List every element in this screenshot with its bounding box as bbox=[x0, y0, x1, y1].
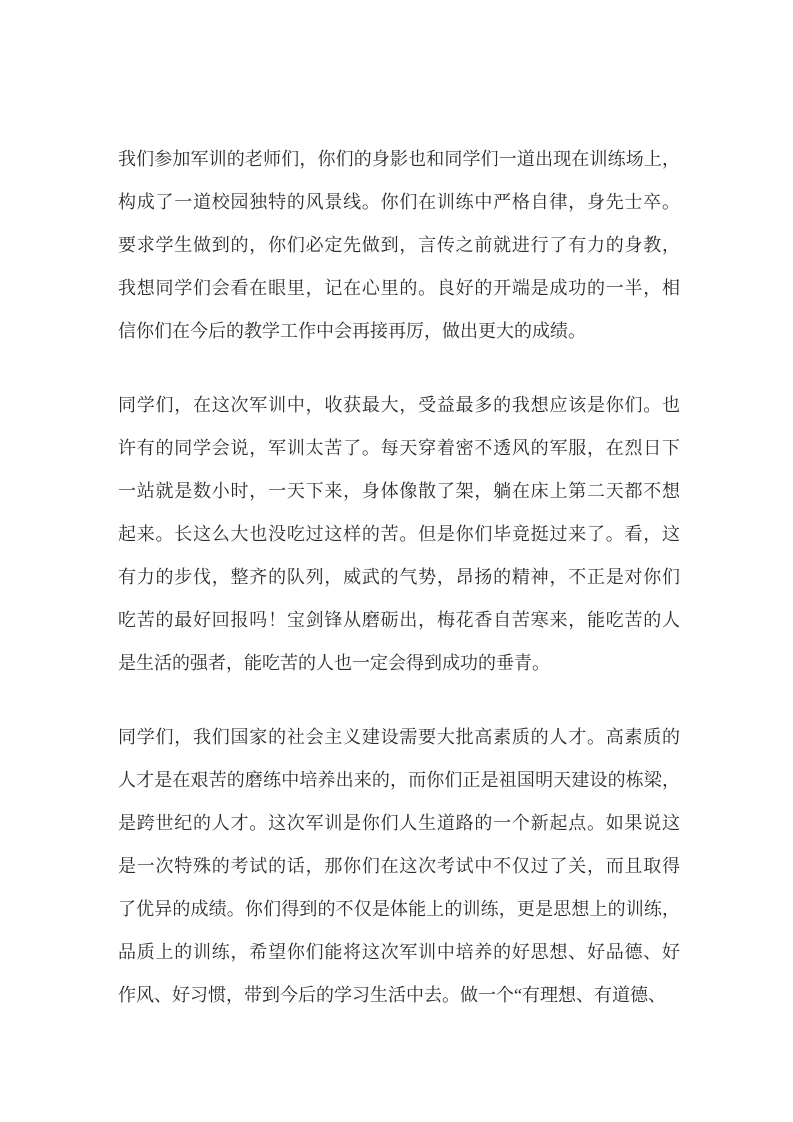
text-line: 品质上的训练，希望你们能将这次军训中培养的好思想、好品德、好 bbox=[118, 931, 680, 974]
paragraph: 我们参加军训的老师们，你们的身影也和同学们一道出现在训练场上，构成了一道校园独特… bbox=[118, 138, 680, 353]
text-line: 吃苦的最好回报吗！宝剑锋从磨砺出，梅花香自苦寒来，能吃苦的人 bbox=[118, 599, 680, 642]
text-line: 是生活的强者，能吃苦的人也一定会得到成功的垂青。 bbox=[118, 642, 680, 685]
text-line: 同学们，在这次军训中，收获最大，受益最多的我想应该是你们。也 bbox=[118, 384, 680, 427]
text-line: 人才是在艰苦的磨练中培养出来的，而你们正是祖国明天建设的栋梁， bbox=[118, 759, 680, 802]
text-line: 同学们，我们国家的社会主义建设需要大批高素质的人才。高素质的 bbox=[118, 716, 680, 759]
text-line: 我想同学们会看在眼里，记在心里的。良好的开端是成功的一半，相 bbox=[118, 267, 680, 310]
text-line: 要求学生做到的，你们必定先做到，言传之前就进行了有力的身教， bbox=[118, 224, 680, 267]
text-line: 许有的同学会说，军训太苦了。每天穿着密不透风的军服，在烈日下 bbox=[118, 427, 680, 470]
paragraph: 同学们，我们国家的社会主义建设需要大批高素质的人才。高素质的人才是在艰苦的磨练中… bbox=[118, 716, 680, 1017]
text-line: 作风、好习惯，带到今后的学习生活中去。做一个“有理想、有道德、 bbox=[118, 974, 680, 1017]
document-page: 我们参加军训的老师们，你们的身影也和同学们一道出现在训练场上，构成了一道校园独特… bbox=[0, 0, 793, 1122]
text-line: 我们参加军训的老师们，你们的身影也和同学们一道出现在训练场上， bbox=[118, 138, 680, 181]
text-line: 是跨世纪的人才。这次军训是你们人生道路的一个新起点。如果说这 bbox=[118, 802, 680, 845]
text-line: 了优异的成绩。你们得到的不仅是体能上的训练，更是思想上的训练， bbox=[118, 888, 680, 931]
text-line: 一站就是数小时，一天下来，身体像散了架，躺在床上第二天都不想 bbox=[118, 470, 680, 513]
paragraph: 同学们，在这次军训中，收获最大，受益最多的我想应该是你们。也许有的同学会说，军训… bbox=[118, 384, 680, 685]
text-line: 构成了一道校园独特的风景线。你们在训练中严格自律，身先士卒。 bbox=[118, 181, 680, 224]
text-line: 有力的步伐，整齐的队列，威武的气势，昂扬的精神，不正是对你们 bbox=[118, 556, 680, 599]
document-text-block: 我们参加军训的老师们，你们的身影也和同学们一道出现在训练场上，构成了一道校园独特… bbox=[118, 138, 680, 1017]
text-line: 信你们在今后的教学工作中会再接再厉，做出更大的成绩。 bbox=[118, 310, 680, 353]
text-line: 起来。长这么大也没吃过这样的苦。但是你们毕竟挺过来了。看，这 bbox=[118, 513, 680, 556]
text-line: 是一次特殊的考试的话，那你们在这次考试中不仅过了关，而且取得 bbox=[118, 845, 680, 888]
